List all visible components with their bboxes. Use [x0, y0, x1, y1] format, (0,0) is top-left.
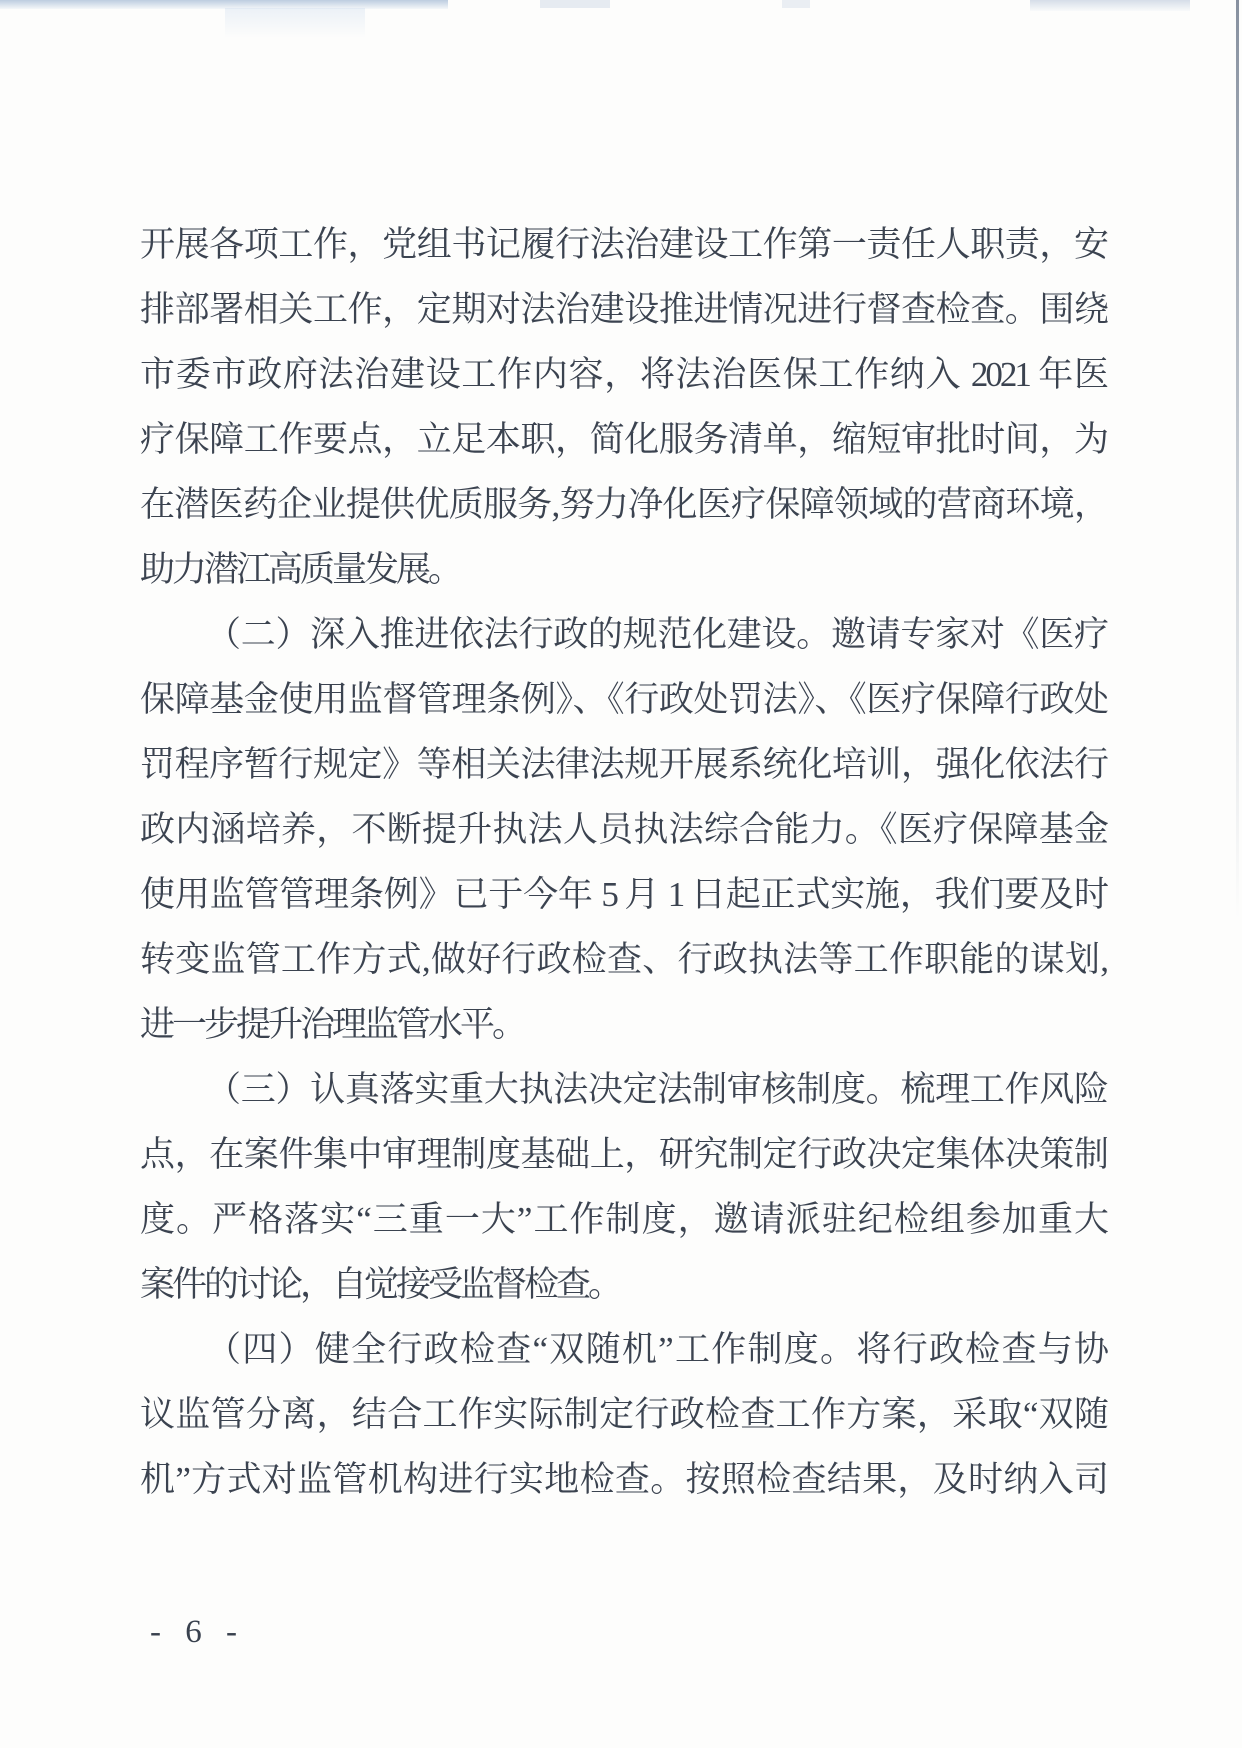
- document-page: 开展各项工作，党组书记履行法治建设工作第一责任人职责，安排部署相关工作，定期对法…: [0, 0, 1242, 1748]
- scan-artifact-top-mid: [540, 0, 610, 8]
- text-line: 罚程序暂行规定》等相关法律法规开展系统化培训，强化依法行: [140, 732, 1106, 797]
- page-number: - 6 -: [150, 1614, 245, 1651]
- text-line: 机”方式对监管机构进行实地检查。按照检查结果，及时纳入司: [140, 1447, 1106, 1512]
- text-line: 疗保障工作要点，立足本职，简化服务清单，缩短审批时间，为: [140, 407, 1106, 472]
- text-line: 助力潜江高质量发展。: [140, 537, 1106, 602]
- text-line: 保障基金使用监督管理条例》、《行政处罚法》、《医疗保障行政处: [140, 667, 1106, 732]
- scan-artifact-top-left: [0, 0, 448, 9]
- scan-artifact-top-mid-2: [782, 0, 810, 8]
- text-line: 度。严格落实“三重一大”工作制度，邀请派驻纪检组参加重大: [140, 1187, 1106, 1252]
- text-line: （三）认真落实重大执法决定法制审核制度。梳理工作风险: [140, 1057, 1106, 1122]
- scan-artifact-smudge: [225, 8, 365, 38]
- text-line: 开展各项工作，党组书记履行法治建设工作第一责任人职责，安: [140, 212, 1106, 277]
- text-line: 市委市政府法治建设工作内容，将法治医保工作纳入 2021 年医: [140, 342, 1106, 407]
- text-line: 点，在案件集中审理制度基础上，研究制定行政决定集体决策制: [140, 1122, 1106, 1187]
- text-line: 转变监管工作方式,做好行政检查、行政执法等工作职能的谋划,: [140, 927, 1106, 992]
- text-line: 案件的讨论，自觉接受监督检查。: [140, 1252, 1106, 1317]
- scan-edge-shadow: [1236, 0, 1239, 920]
- text-line: 排部署相关工作，定期对法治建设推进情况进行督查检查。围绕: [140, 277, 1106, 342]
- text-line: （四）健全行政检查“双随机”工作制度。将行政检查与协: [140, 1317, 1106, 1382]
- text-line: （二）深入推进依法行政的规范化建设。邀请专家对《医疗: [140, 602, 1106, 667]
- scan-artifact-top-right: [1030, 0, 1190, 11]
- text-line: 使用监管管理条例》已于今年 5 月 1 日起正式实施，我们要及时: [140, 862, 1106, 927]
- text-line: 在潜医药企业提供优质服务,努力净化医疗保障领域的营商环境，: [140, 472, 1106, 537]
- text-line: 进一步提升治理监管水平。: [140, 992, 1106, 1057]
- text-line: 议监管分离，结合工作实际制定行政检查工作方案，采取“双随: [140, 1382, 1106, 1447]
- text-line: 政内涵培养，不断提升执法人员执法综合能力。《医疗保障基金: [140, 797, 1106, 862]
- document-body: 开展各项工作，党组书记履行法治建设工作第一责任人职责，安排部署相关工作，定期对法…: [140, 212, 1106, 1512]
